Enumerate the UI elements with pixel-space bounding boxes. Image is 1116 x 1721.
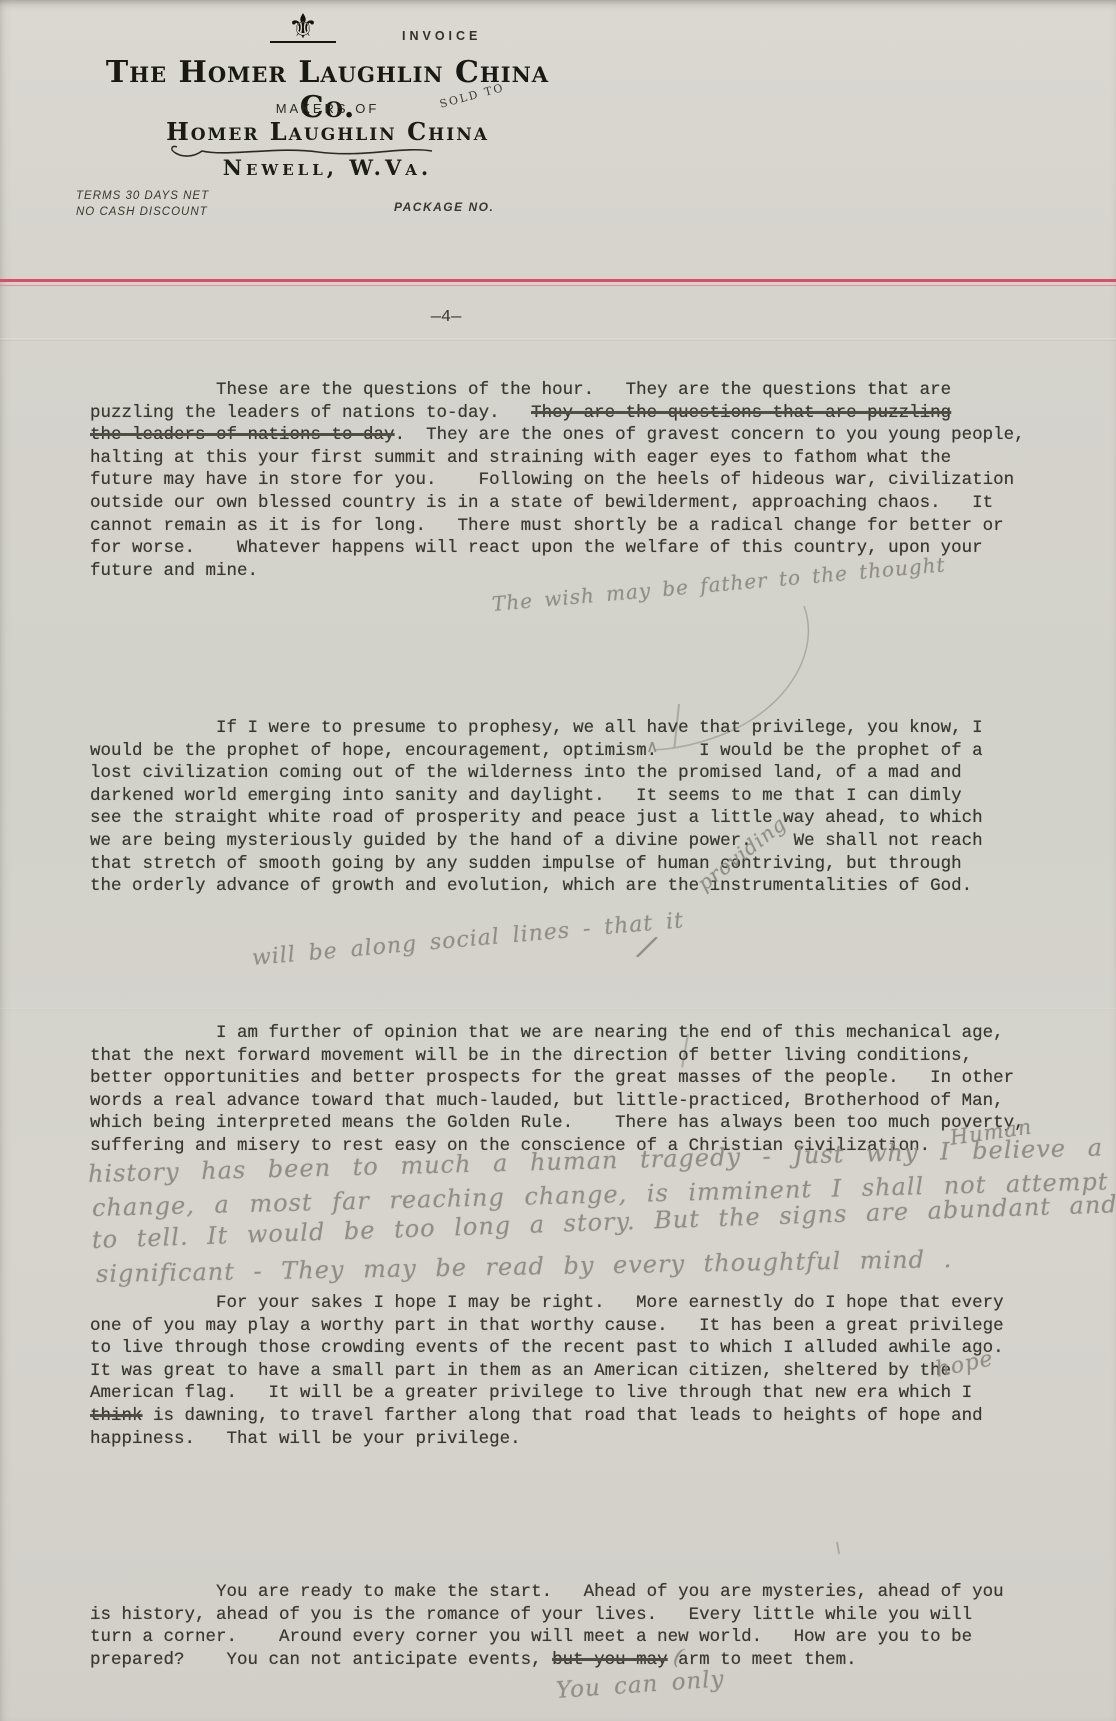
typed-line: I am further of opinion that we are near…	[90, 1022, 1025, 1045]
typed-line: one of you may play a worthy part in tha…	[90, 1315, 1004, 1338]
pencil-mark	[836, 1542, 840, 1554]
typed-paragraph: These are the questions of the hour. The…	[90, 379, 1025, 582]
typed-line: for worse. Whatever happens will react u…	[90, 537, 1025, 560]
typed-paragraph: For your sakes I hope I may be right. Mo…	[90, 1292, 1004, 1450]
typed-line: outside our own blessed country is in a …	[90, 492, 1025, 515]
struck-text: think	[90, 1406, 143, 1426]
typed-line: cannot remain as it is for long. There m…	[90, 515, 1025, 538]
typed-line: think is dawning, to travel farther alon…	[90, 1405, 1004, 1428]
typed-line: is history, ahead of you is the romance …	[90, 1604, 1004, 1627]
typed-line: These are the questions of the hour. The…	[90, 379, 1025, 402]
typed-line: For your sakes I hope I may be right. Mo…	[90, 1292, 1004, 1315]
typed-line: the leaders of nations to-day. They are …	[90, 424, 1025, 447]
typed-line: happiness. That will be your privilege.	[90, 1428, 1004, 1451]
typed-line: see the straight white road of prosperit…	[90, 807, 983, 830]
struck-text: They are the questions that are puzzling	[531, 403, 951, 423]
typed-line: future may have in store for you. Follow…	[90, 469, 1025, 492]
typed-paragraph: You are ready to make the start. Ahead o…	[90, 1581, 1004, 1671]
typed-line: puzzling the leaders of nations to-day. …	[90, 402, 1025, 425]
typed-line: darkened world emerging into sanity and …	[90, 785, 983, 808]
typed-line: You are ready to make the start. Ahead o…	[90, 1581, 1004, 1604]
typed-line: If I were to presume to prophesy, we all…	[90, 717, 983, 740]
typed-line: halting at this your first summit and st…	[90, 447, 1025, 470]
document-body: These are the questions of the hour. The…	[0, 0, 1116, 1721]
annotation-social-lines: will be along social lines - that it	[251, 908, 685, 971]
typed-line: turn a corner. Around every corner you w…	[90, 1626, 1004, 1649]
typed-paragraph: I am further of opinion that we are near…	[90, 1022, 1025, 1158]
typed-line: the orderly advance of growth and evolut…	[90, 875, 983, 898]
typed-line: we are being mysteriously guided by the …	[90, 830, 983, 853]
typed-line: would be the prophet of hope, encouragem…	[90, 740, 983, 763]
annotation-insert-line-4: significant - They may be read by every …	[96, 1245, 953, 1288]
typed-line: to live through those crowding events of…	[90, 1337, 1004, 1360]
typed-line: words a real advance toward that much-la…	[90, 1090, 1025, 1113]
typed-line: that the next forward movement will be i…	[90, 1045, 1025, 1068]
typed-line: prepared? You can not anticipate events,…	[90, 1649, 1004, 1672]
typed-line: American flag. It will be a greater priv…	[90, 1382, 1004, 1405]
scanned-letter-page: ⚜ INVOICE The Homer Laughlin China Co. M…	[0, 0, 1116, 1721]
typed-line: lost civilization coming out of the wild…	[90, 762, 983, 785]
annotation-you-can-only: You can only	[555, 1666, 725, 1704]
typed-line: which being interpreted means the Golden…	[90, 1112, 1025, 1135]
struck-text: the leaders of nations to-day	[90, 425, 395, 445]
struck-text: but you may	[552, 1650, 668, 1670]
typed-line: that stretch of smooth going by any sudd…	[90, 853, 983, 876]
typed-paragraph: If I were to presume to prophesy, we all…	[90, 717, 983, 898]
typed-line: It was great to have a small part in the…	[90, 1360, 1004, 1383]
typed-line: better opportunities and better prospect…	[90, 1067, 1025, 1090]
